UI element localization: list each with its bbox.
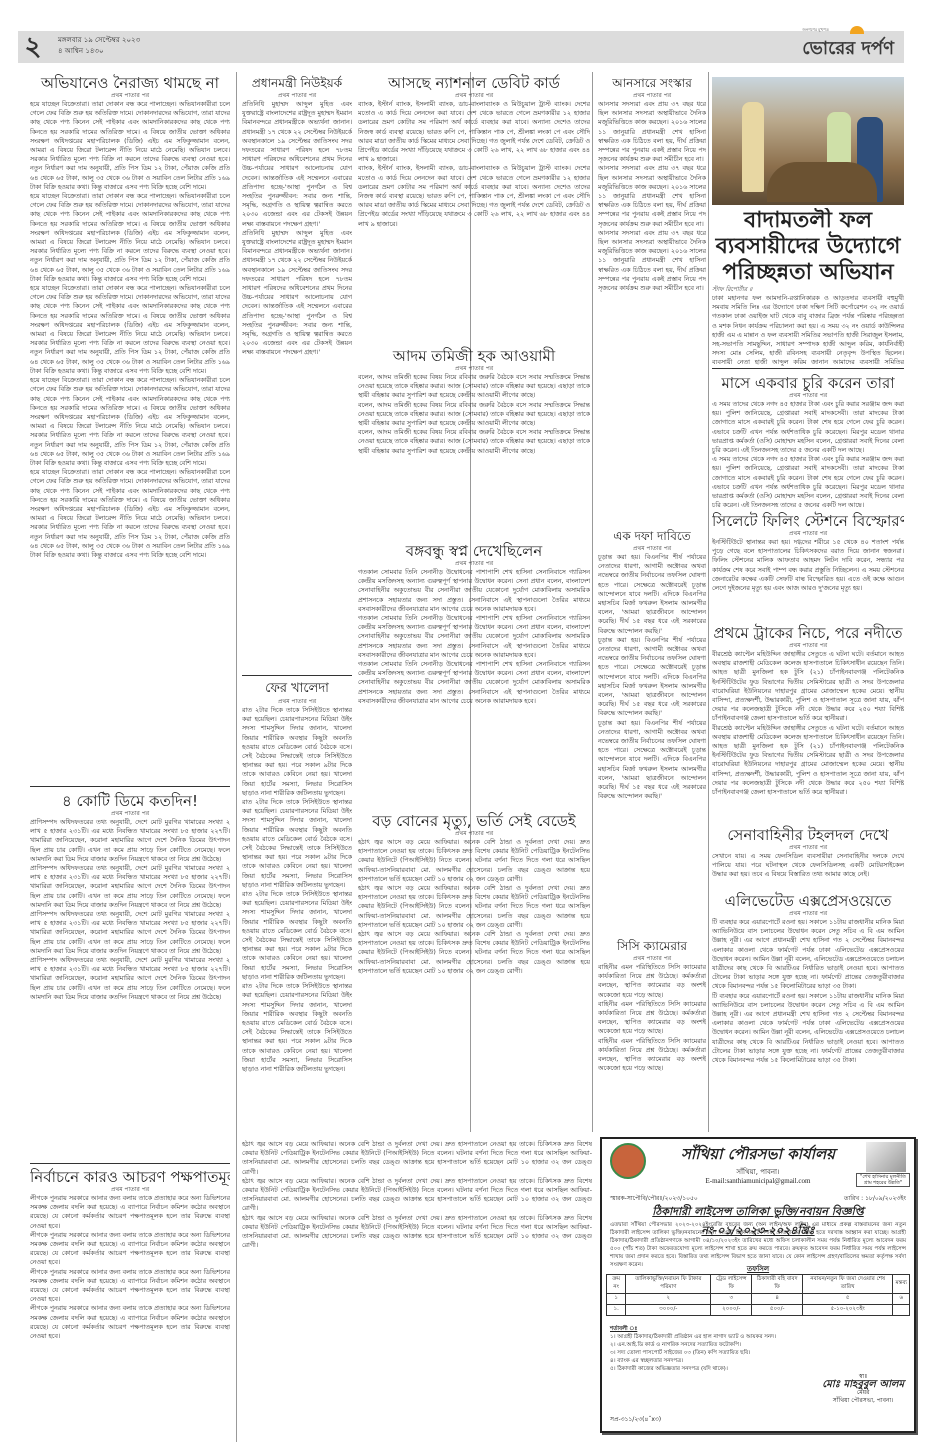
- waste-heap: [767, 162, 877, 202]
- column-header: ক্রম নং: [607, 1275, 626, 1294]
- terms-title: শর্তাবলী ঃ: [610, 1325, 900, 1333]
- headline: সেনাবাহিনীর টহলদল দেখে: [712, 826, 904, 844]
- article-body: হঠাৎ জ্বর আসে বড় মেয়ে আফিয়ার। অনেক বে…: [358, 838, 590, 884]
- article-body: হঠাৎ জ্বর আসে বড় মেয়ে আফিয়ার। অনেক বে…: [242, 1140, 592, 1177]
- jump-line: প্রথম পাতার পর: [30, 1186, 230, 1194]
- divider: [30, 1163, 230, 1164]
- column-header: ঠিকাদারী বহি বাবদ ফি: [752, 1275, 803, 1294]
- divider: [30, 786, 230, 787]
- article-body: প্রাণিসম্পদ অধিদফতরের তথ্য অনুযায়ী, দেশ…: [30, 864, 230, 910]
- article-army-patrol: সেনাবাহিনীর টহলদল দেখে প্রথম পাতার পর সে…: [712, 824, 904, 888]
- headline: ফের খালেদা: [242, 680, 352, 698]
- article-body: লীগকে পুনরায় সরকারে আনার জন্য বলায় তাক…: [30, 1304, 230, 1341]
- article-body: গতকাল সোমবার তিনি সেনানীড় উদ্বোধনের পাশ…: [358, 568, 590, 614]
- article-body: এ সময় তাদের থেকে নগদ ৪৫ হাজার টাকা এবং …: [712, 400, 904, 455]
- signatory-name: মোঃ মাহবুবুল আলম: [822, 1381, 904, 1389]
- article-body: ব্যাংক, ইস্টার্ন ব্যাংক, ইসলামী ব্যাংক, …: [358, 164, 590, 228]
- fee-schedule-table: ক্রম নং তালিকাভুক্তি/নবায়ন ফি টাকার পরি…: [606, 1274, 910, 1316]
- article-truck-river: প্রথমে ট্রাকের নিচে, পরে নদীতে প্রথম পাত…: [712, 622, 904, 822]
- article-body: লীগকে পুনরায় সরকারে আনার জন্য বলায় তাক…: [30, 1231, 230, 1268]
- date-bangla: ৪ আশ্বিন ১৪৩০: [58, 46, 140, 57]
- table-cell: ১.: [607, 1305, 626, 1316]
- headline: বাদামতলী ফল ব্যবসায়ীদের উদ্যোগে পরিচ্ছন…: [712, 208, 904, 286]
- logo-tagline: জনগণের মুখপত্র: [802, 27, 829, 34]
- article-body: ইনস্টিটিউটে স্থানান্তর করা হয়। দগ্ধদের …: [712, 538, 904, 593]
- table-cell: [893, 1305, 910, 1316]
- article-body: হঠাৎ জ্বর আসে বড় মেয়ে আফিয়ার। অনেক বে…: [242, 1177, 592, 1214]
- jump-line: প্রথম পাতার পর: [358, 365, 590, 373]
- article-body: সেখানে যায়। এ সময় ফেনসিডিল ব্যবসায়ীরা…: [712, 852, 904, 880]
- article-sylhet-blast: সিলেটে ফিলিং স্টেশনে বিস্ফোরণ প্রথম পাতা…: [712, 510, 904, 620]
- article-body: এ সময় তাদের থেকে নগদ ৪৫ হাজার টাকা এবং …: [712, 455, 904, 507]
- headline: মাসে একবার চুরি করেন তারা: [712, 374, 904, 392]
- headline: ৪ কোটি ডিমে কতদিন!: [30, 792, 230, 810]
- column-header: মন্তব্য: [893, 1275, 910, 1294]
- column-divider: [236, 72, 237, 1442]
- article-body: গতকাল সোমবার তিনি সেনানীড় উদ্বোধনের পাশ…: [358, 614, 590, 660]
- jump-line: প্রথম পাতার পর: [712, 392, 904, 400]
- news-photo: [712, 77, 904, 205]
- jump-line: প্রথম পাতার পর: [598, 545, 706, 553]
- headline: বঙ্গবন্ধু স্বপ্ন দেখেছিলেন: [358, 542, 590, 560]
- article-body: বীরশ্রেষ্ঠ ক্যাপ্টেন মহিউদ্দিন জাহাঙ্গীর…: [712, 724, 904, 798]
- article-body: হঠাৎ জ্বর আসে বড় মেয়ে আফিয়ার। অনেক বে…: [358, 884, 590, 930]
- article-body: আনসার সদস্যরা এবং প্রায় ৩৭ বছর ধরে ছিল …: [598, 229, 706, 293]
- page-header: ২ মঙ্গলবার ১৯ সেপ্টেম্বর ২০২৩ ৪ আশ্বিন ১…: [18, 31, 904, 63]
- page-number: ২: [22, 31, 44, 63]
- headline: আনসারে সংস্কার: [598, 74, 706, 92]
- article-badamtoli: বাদামতলী ফল ব্যবসায়ীদের উদ্যোগে পরিচ্ছন…: [712, 208, 904, 366]
- sun-icon: [850, 26, 864, 34]
- term-item: ৫। ঠিকাদারী কাজের অভিজ্ঞতার সনদপত্র (যদি…: [610, 1365, 900, 1373]
- jump-line: প্রথম পাতার পর: [712, 642, 904, 650]
- article-body: ব্যাংক, ইস্টার্ন ব্যাংক, ইসলামী ব্যাংক, …: [358, 100, 590, 164]
- date-gregorian: মঙ্গলবার ১৯ সেপ্টেম্বর ২০২৩: [58, 35, 140, 46]
- table-cell: ৪: [752, 1294, 803, 1305]
- article-body: আনসার সদস্যরা এবং প্রায় ৩৭ বছর ধরে ছিল …: [598, 100, 706, 164]
- terms-list: শর্তাবলী ঃ ১। আগ্রহী ঠিকাদার/ঠিকাদারী প্…: [610, 1325, 900, 1373]
- table-cell: ৬: [893, 1294, 910, 1305]
- article-body: রাত ২টার দিকে তাকে সিসিইউতে স্থানান্তর ক…: [242, 890, 352, 982]
- headline: এক দফা দাবিতে: [598, 527, 706, 545]
- article-body: চূড়ান্ত করা হয়। বিএনপির শীর্ষ পর্যায়ে…: [598, 719, 706, 802]
- divider: [712, 368, 904, 369]
- column-header: নবায়ন/নতুন ফি জমা দেওয়ার শেষ তারিখ: [802, 1275, 893, 1294]
- jump-line: প্রথম পাতার পর: [242, 92, 352, 100]
- article-body: বলেন, আদম তমিজী হকের বিষয় নিয়ে রবিবার …: [358, 401, 590, 429]
- article-body: প্রাণিসম্পদ অধিদফতরের তথ্য অনুযায়ী, দেশ…: [30, 910, 230, 956]
- jump-line: প্রথম পাতার পর: [358, 92, 590, 100]
- term-item: ৪। ব্যাংক এর স্বচ্ছলতার সনদপত্র।: [610, 1357, 900, 1365]
- article-debit-card: আসছে ন্যাশনাল ডেবিট কার্ড প্রথম পাতার পর…: [358, 72, 590, 342]
- article-body: হয়ে যাচ্ছেন বিক্রেতারা। তারা দোকান বন্ধ…: [30, 376, 230, 468]
- article-body: ঢাকা মহানগর ফল আমদানি-রপ্তানিকারক ও আড়ত…: [712, 294, 904, 366]
- article-body: বলেন, আদম তমিজী হকের বিষয় নিয়ে রবিবার …: [358, 373, 590, 401]
- article-body: প্রতিনিধি মুহাম্মদ আব্দুল মুহিত এবং যুক্…: [242, 100, 352, 229]
- article-body: প্রতিনিধি মুহাম্মদ আব্দুল মুহিত এবং যুক্…: [242, 229, 352, 358]
- table-cell: ৩০০০/-: [626, 1305, 711, 1316]
- article-body: হয়ে যাচ্ছেন বিক্রেতারা। তারা দোকান বন্ধ…: [30, 100, 230, 192]
- column-header: ট্রেড লাইসেন্স ফি: [711, 1275, 752, 1294]
- article-body: বাহিনীর এমন পরিস্থিতিতে সিসি ক্যামেরার ক…: [598, 963, 706, 1000]
- table-cell: ২০০০/-: [711, 1305, 752, 1316]
- article-cctv: সিসি ক্যামেরার প্রথম পাতার পর বাহিনীর এম…: [598, 935, 706, 1135]
- term-item: ১। আগ্রহী ঠিকাদার/ঠিকাদারী প্রতিষ্ঠান এর…: [610, 1333, 900, 1341]
- article-body: হয়ে যাচ্ছেন বিক্রেতারা। তারা দোকান বন্ধ…: [30, 284, 230, 376]
- table-header-row: ক্রম নং তালিকাভুক্তি/নবায়ন ফি টাকার পরি…: [607, 1275, 910, 1294]
- article-body: বীরশ্রেষ্ঠ ক্যাপ্টেন মহিউদ্দিন জাহাঙ্গীর…: [712, 650, 904, 724]
- headline: বড় বোনের মৃত্যু, ভর্তি সেই বেডেই: [358, 812, 590, 830]
- jump-line: প্রথম পাতার পর: [712, 910, 904, 918]
- designation: মেয়র: [822, 1389, 904, 1397]
- article-body: টি ব্যবহার করে এয়ারপোর্টে রওনা হয়। সকা…: [712, 992, 904, 1066]
- table-cell: ৫: [802, 1294, 893, 1305]
- article-body: হঠাৎ জ্বর আসে বড় মেয়ে আফিয়ার। অনেক বে…: [358, 930, 590, 976]
- municipal-notice-ad: "শেখ হাসিনার মূলনীতি গ্রাম শহরের উন্নতি"…: [600, 1137, 916, 1433]
- article-body: রাত ২টার দিকে তাকে সিসিইউতে স্থানান্তর ক…: [242, 798, 352, 890]
- article-body: আনসার সদস্যরা এবং প্রায় ৩৭ বছর ধরে ছিল …: [598, 164, 706, 228]
- jump-line: প্রথম পাতার পর: [358, 560, 590, 568]
- table-cell: ৩: [711, 1294, 752, 1305]
- article-elevated-expressway: এলিভেটেড এক্সপ্রেসওয়েতে প্রথম পাতার পর …: [712, 890, 904, 1130]
- table-cell: ১: [607, 1294, 626, 1305]
- article-body: হয়ে যাচ্ছেন বিক্রেতারা। তারা দোকান বন্ধ…: [30, 468, 230, 560]
- headline: সিলেটে ফিলিং স্টেশনে বিস্ফোরণ: [712, 512, 904, 530]
- article-body: প্রাণিসম্পদ অধিদফতরের তথ্য অনুযায়ী, দেশ…: [30, 818, 230, 864]
- article-body: রাত ২টার দিকে তাকে সিসিইউতে স্থানান্তর ক…: [242, 706, 352, 798]
- article-body: চূড়ান্ত করা হয়। বিএনপির শীর্ষ পর্যায়ে…: [598, 636, 706, 719]
- article-body: বাহিনীর এমন পরিস্থিতিতে সিসি ক্যামেরার ক…: [598, 1000, 706, 1037]
- headline: নির্বাচনে কারও আচরণ পক্ষপাতমূলক: [30, 1168, 230, 1186]
- term-item: ৩। সদ্য তোলা পাসপোর্ট সাইজের ০৩ (তিন) কপ…: [610, 1349, 900, 1357]
- article-body: লীগকে পুনরায় সরকারে আনার জন্য বলায় তাক…: [30, 1268, 230, 1305]
- office: সাঁথিয়া পৌরসভা, পাবনা।: [822, 1397, 904, 1405]
- issue-date: মঙ্গলবার ১৯ সেপ্টেম্বর ২০২৩ ৪ আশ্বিন ১৪৩…: [58, 35, 140, 57]
- article-body: চূড়ান্ত করা হয়। বিএনপির শীর্ষ পর্যায়ে…: [598, 553, 706, 636]
- ad-reference: সপ্র-৩১১/২৩(৪˝x৩): [610, 1414, 661, 1425]
- byline: স্টাফ রিপোর্টার ॥: [712, 286, 904, 294]
- municipal-seal-icon: [610, 1143, 646, 1179]
- article-one-point-demand: এক দফা দাবিতে প্রথম পাতার পর চূড়ান্ত কর…: [598, 525, 706, 930]
- table-cell: ৫-১০-২০২৩ইং: [802, 1305, 893, 1316]
- table-cell: ৫০০/-: [752, 1305, 803, 1316]
- jump-line: প্রথম পাতার পর: [598, 92, 706, 100]
- divider: [242, 675, 352, 676]
- headline: এলিভেটেড এক্সপ্রেসওয়েতে: [712, 892, 904, 910]
- article-sister-death: বড় বোনের মৃত্যু, ভর্তি সেই বেডেই প্রথম …: [358, 810, 590, 1135]
- table-cell: ২: [626, 1294, 711, 1305]
- portrait-caption: "শেখ হাসিনার মূলনীতি গ্রাম শহরের উন্নতি": [856, 1173, 910, 1187]
- signature-block: স্বাঃ মোঃ মাহবুবুল আলম মেয়র সাঁথিয়া পৌ…: [822, 1373, 904, 1405]
- article-bangabandhu: বঙ্গবন্ধু স্বপ্ন দেখেছিলেন প্রথম পাতার প…: [358, 540, 590, 810]
- column-divider: [708, 72, 709, 1132]
- jump-line: প্রথম পাতার পর: [712, 530, 904, 538]
- jump-line: প্রথম পাতার পর: [30, 92, 230, 100]
- headline: সিসি ক্যামেরার: [598, 937, 706, 955]
- article-body: হঠাৎ জ্বর আসে বড় মেয়ে আফিয়ার। অনেক বে…: [242, 1214, 592, 1251]
- article-body: বাহিনীর এমন পরিস্থিতিতে সিসি ক্যামেরার ক…: [598, 1037, 706, 1074]
- jump-line: প্রথম পাতার পর: [598, 955, 706, 963]
- article-body: রাত ২টার দিকে তাকে সিসিইউতে স্থানান্তর ক…: [242, 982, 352, 1074]
- article-anarchy: অভিযানেও নৈরাজ্য থামছে না প্রথম পাতার পর…: [30, 72, 230, 782]
- article-body: টি ব্যবহার করে এয়ারপোর্টে রওনা হয়। সকা…: [712, 918, 904, 992]
- jump-line: প্রথম পাতার পর: [358, 830, 590, 838]
- portrait-image: [866, 1142, 906, 1172]
- column-header: তালিকাভুক্তি/নবায়ন ফি টাকার পরিমাণ: [626, 1275, 711, 1294]
- table-row: ১ ২ ৩ ৪ ৫ ৬: [607, 1294, 910, 1305]
- article-body: প্রাণিসম্পদ অধিদফতরের তথ্য অনুযায়ী, দেশ…: [30, 956, 230, 1002]
- article-body: লীগকে পুনরায় সরকারে আনার জন্য বলায় তাক…: [30, 1194, 230, 1231]
- jump-line: প্রথম পাতার পর: [242, 698, 352, 706]
- article-body: হয়ে যাচ্ছেন বিক্রেতারা। তারা দোকান বন্ধ…: [30, 192, 230, 284]
- person-figure: [742, 102, 764, 192]
- table-row: ১. ৩০০০/- ২০০০/- ৫০০/- ৫-১০-২০২৩ইং: [607, 1305, 910, 1316]
- article-body: বলেন, আদম তমিজী হকের বিষয় নিয়ে রবিবার …: [358, 428, 590, 456]
- article-sister-death-cont: হঠাৎ জ্বর আসে বড় মেয়ে আফিয়ার। অনেক বে…: [242, 1140, 592, 1440]
- article-monthly-theft: মাসে একবার চুরি করেন তারা প্রথম পাতার পর…: [712, 372, 904, 507]
- jump-line: প্রথম পাতার পর: [30, 810, 230, 818]
- column-divider: [592, 72, 593, 1132]
- article-pm-newyork: প্রধানমন্ত্রী নিউইয়র্ক প্রথম পাতার পর প…: [242, 72, 352, 670]
- headline: প্রথমে ট্রাকের নিচে, পরে নদীতে: [712, 624, 904, 642]
- headline: প্রধানমন্ত্রী নিউইয়র্ক: [242, 74, 352, 92]
- article-eggs: ৪ কোটি ডিমে কতদিন! প্রথম পাতার পর প্রাণি…: [30, 790, 230, 1160]
- headline: আদম তমিজী হক আওয়ামী: [358, 347, 590, 365]
- article-body: গতকাল সোমবার তিনি সেনানীড় উদ্বোধনের পাশ…: [358, 660, 590, 706]
- headline: অভিযানেও নৈরাজ্য থামছে না: [30, 74, 230, 92]
- notice-body: এতদ্বারা সাঁথিয়া পৌরসভার ২০২৩-২০২৪ইংরেজ…: [610, 1221, 906, 1269]
- article-election: নির্বাচনে কারও আচরণ পক্ষপাতমূলক প্রথম পা…: [30, 1166, 230, 1436]
- article-adam-tamizi: আদম তমিজী হক আওয়ামী প্রথম পাতার পর বলেন…: [358, 345, 590, 525]
- jump-line: প্রথম পাতার পর: [712, 844, 904, 852]
- newspaper-logo: জনগণের মুখপত্র ভোরের দর্পণ: [802, 34, 894, 65]
- headline: আসছে ন্যাশনাল ডেবিট কার্ড: [358, 74, 590, 92]
- term-item: ২। এন.আই.ডি কার্ড ও নাগরিক সনদের সত্যায়…: [610, 1341, 900, 1349]
- article-ansar: আনসারে সংস্কার প্রথম পাতার পর আনসার সদস্…: [598, 72, 706, 512]
